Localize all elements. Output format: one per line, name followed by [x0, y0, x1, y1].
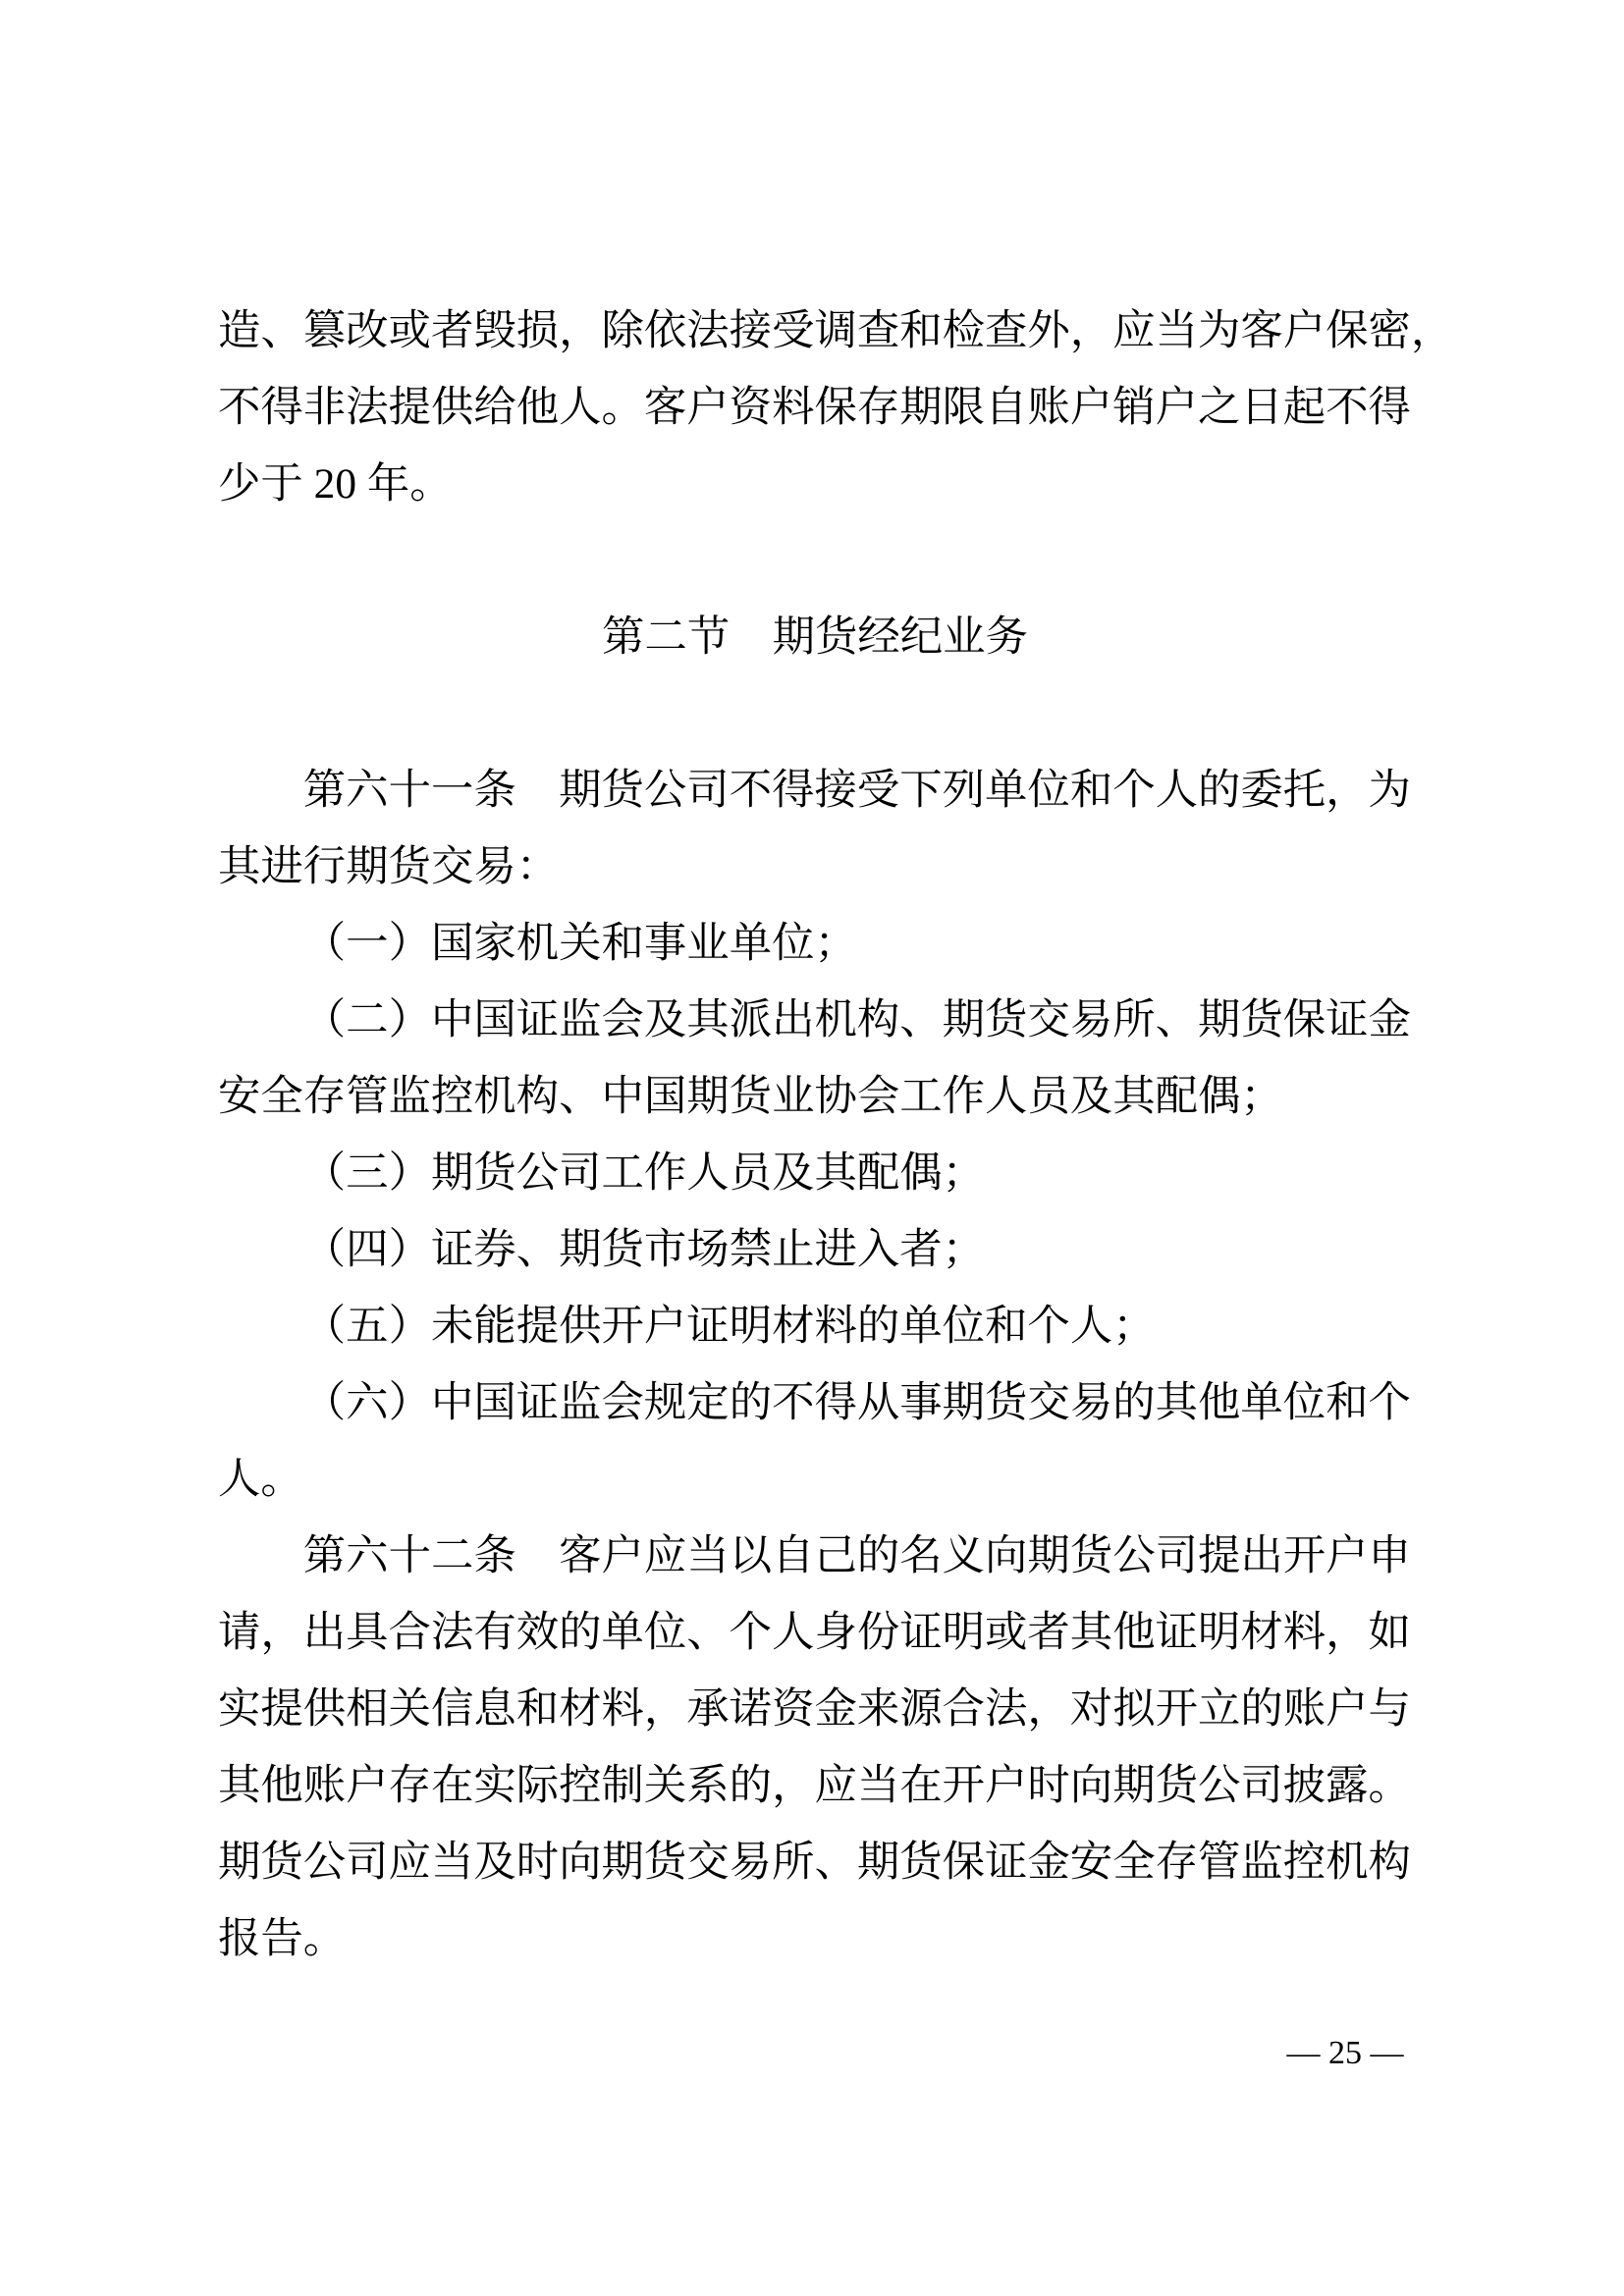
document-page: 造、篡改或者毁损，除依法接受调查和检查外，应当为客户保密，不得非法提供给他人。客…	[0, 0, 1624, 2296]
text-line: 安全存管监控机构、中国期货业协会工作人员及其配偶；	[218, 1058, 1412, 1135]
blank-line	[218, 522, 1412, 599]
text-line: 请，出具合法有效的单位、个人身份证明或者其他证明材料，如	[218, 1594, 1412, 1671]
text-line: 不得非法提供给他人。客户资料保存期限自账户销户之日起不得	[218, 369, 1412, 446]
page-number: — 25 —	[1267, 2032, 1424, 2075]
text-line: 人。	[218, 1441, 1412, 1518]
text-line: （五）未能提供开户证明材料的单位和个人；	[218, 1288, 1412, 1364]
text-line: （一）国家机关和事业单位；	[218, 905, 1412, 982]
document-body: 造、篡改或者毁损，除依法接受调查和检查外，应当为客户保密，不得非法提供给他人。客…	[218, 293, 1412, 1977]
section-heading: 第二节 期货经纪业务	[218, 599, 1412, 675]
text-line: 其进行期货交易：	[218, 828, 1412, 905]
text-line: （三）期货公司工作人员及其配偶；	[218, 1135, 1412, 1211]
text-line: 少于 20 年。	[218, 446, 1412, 522]
text-line: 其他账户存在实际控制关系的，应当在开户时向期货公司披露。	[218, 1747, 1412, 1824]
text-line: （四）证券、期货市场禁止进入者；	[218, 1211, 1412, 1288]
text-line: 第六十二条 客户应当以自己的名义向期货公司提出开户申	[218, 1518, 1412, 1594]
text-line: 造、篡改或者毁损，除依法接受调查和检查外，应当为客户保密，	[218, 293, 1412, 369]
text-line: 期货公司应当及时向期货交易所、期货保证金安全存管监控机构	[218, 1824, 1412, 1900]
text-line: 报告。	[218, 1900, 1412, 1977]
text-line: 实提供相关信息和材料，承诺资金来源合法，对拟开立的账户与	[218, 1671, 1412, 1747]
blank-line	[218, 675, 1412, 752]
text-line: 第六十一条 期货公司不得接受下列单位和个人的委托，为	[218, 752, 1412, 828]
text-line: （二）中国证监会及其派出机构、期货交易所、期货保证金	[218, 982, 1412, 1058]
text-line: （六）中国证监会规定的不得从事期货交易的其他单位和个	[218, 1364, 1412, 1441]
